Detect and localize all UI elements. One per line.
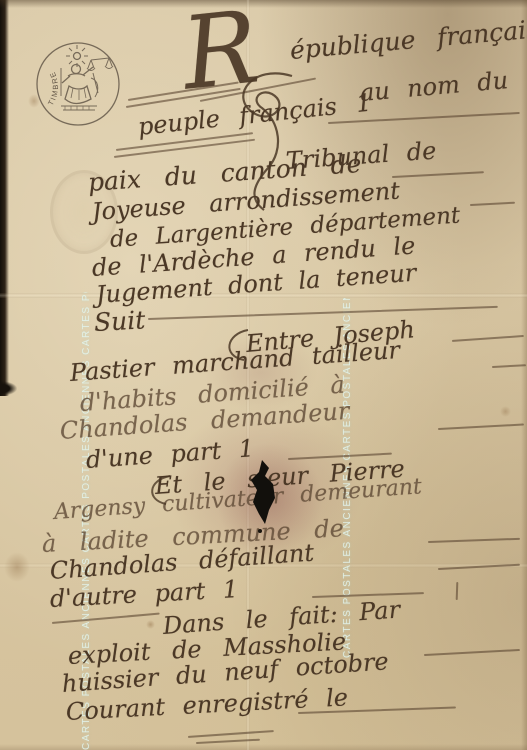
manuscript-line: épublique française [289,13,527,65]
ink-cross-mark [456,582,459,600]
paper-edge-right [521,0,527,750]
ink-dash [428,538,520,543]
ink-dash [392,171,484,178]
paper-hole [245,458,285,538]
ink-dash [438,424,524,430]
foxing-spot [500,406,511,417]
ink-dash [470,202,515,206]
manuscript-line: au nom du [359,66,509,107]
ink-dash [452,335,524,342]
svg-text:TIMBRE: TIMBRE [46,69,60,107]
calligraphic-flourish-icon [222,68,307,218]
manuscript-page: TIMBRE CARTES POSTALES ANCIENNES CARTES … [0,0,527,750]
ink-dash [188,730,274,738]
manuscript-line: Suit [93,305,146,337]
foxing-spot [146,620,155,629]
lead-in-curl-icon [220,326,252,364]
stamp-label: TIMBRE [46,69,60,107]
lead-in-curl-icon [144,474,174,508]
paper-edge-top [0,0,527,8]
paper-edge-notch [0,381,17,396]
paper-edge-bottom [0,744,527,750]
foxing-spot [4,552,30,582]
timbre-stamp-seal-icon: TIMBRE [33,38,123,130]
paper-edge-left [0,0,9,396]
ink-dash [52,613,160,624]
ink-dash [148,306,498,320]
ink-dash [424,649,520,656]
